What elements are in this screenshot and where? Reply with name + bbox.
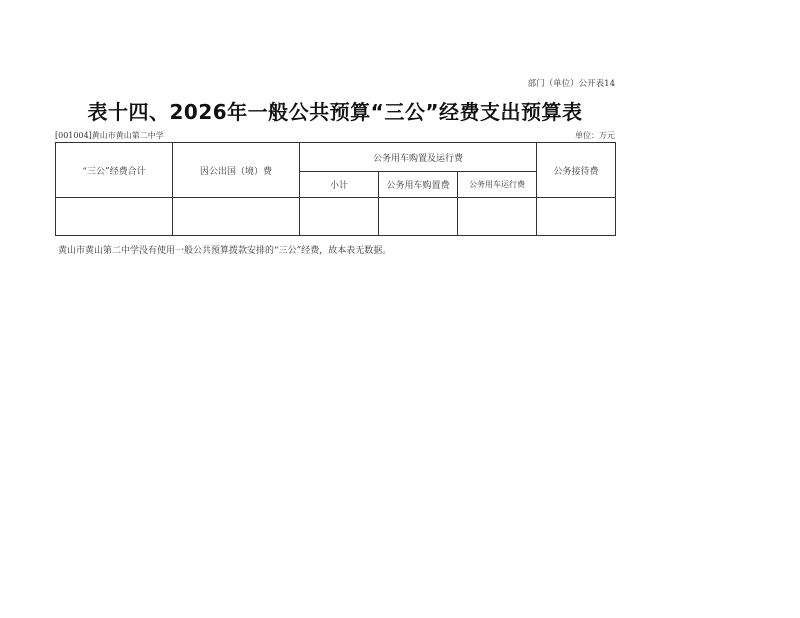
unit-name: [001004]黄山市黄山第二中学 — [55, 130, 164, 141]
cell-total — [56, 198, 173, 236]
header-vehicle-purchase: 公务用车购置费 — [379, 172, 458, 198]
table-row — [56, 198, 616, 236]
header-reception: 公务接待费 — [537, 143, 616, 198]
header-vehicle-operation: 公务用车运行费 — [458, 172, 537, 198]
cell-vehicle-purchase — [379, 198, 458, 236]
cell-reception — [537, 198, 616, 236]
header-vehicle-subtotal: 小计 — [300, 172, 379, 198]
header-total: “三公”经费合计 — [56, 143, 173, 198]
footnote: 黄山市黄山第二中学没有使用一般公共预算拨款安排的“三公”经费，故本表无数据。 — [58, 243, 391, 256]
page-title: 表十四、2026年一般公共预算“三公”经费支出预算表 — [55, 96, 615, 125]
cell-vehicle-subtotal — [300, 198, 379, 236]
cell-vehicle-operation — [458, 198, 537, 236]
header-overseas: 因公出国（境）费 — [173, 143, 300, 198]
table-code: 部门（单位）公开表14 — [480, 77, 615, 89]
budget-table: “三公”经费合计 因公出国（境）费 公务用车购置及运行费 公务接待费 小计 公务… — [55, 142, 616, 236]
header-vehicle-group: 公务用车购置及运行费 — [300, 143, 537, 172]
cell-overseas — [173, 198, 300, 236]
unit-label: 单位：万元 — [480, 130, 615, 141]
